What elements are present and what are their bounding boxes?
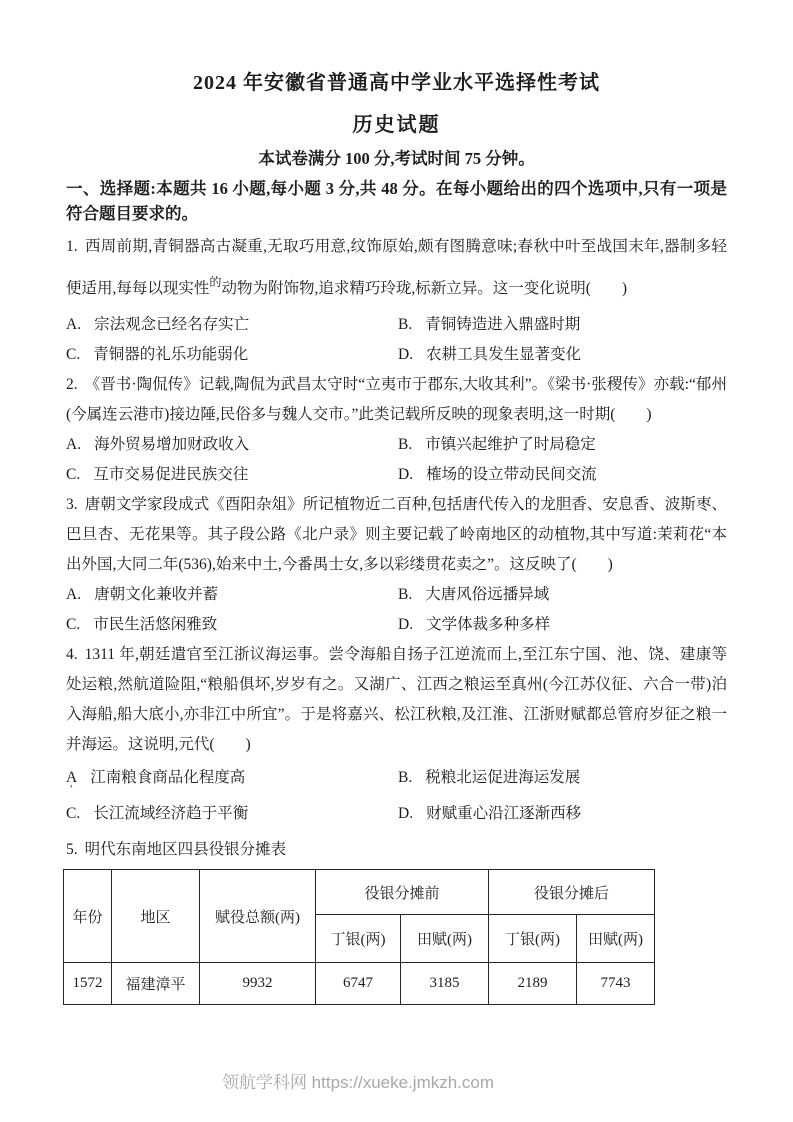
table-header-ding-before: 丁银(两) bbox=[316, 915, 401, 963]
page-title: 2024 年安徽省普通高中学业水平选择性考试 bbox=[66, 70, 727, 96]
question-3-stem-text: 唐朝文学家段成式《酉阳杂俎》所记植物近二百种,包括唐代传入的龙胆香、安息香、波斯… bbox=[66, 496, 727, 573]
option-3c: C.市民生活悠闲雅致 bbox=[66, 610, 398, 640]
table-cell-region: 福建漳平 bbox=[112, 963, 200, 1005]
question-4-stem: 4.1311 年,朝廷遣官至江浙议海运事。尝令海船自扬子江逆流而上,至江东宁国、… bbox=[66, 640, 727, 760]
option-2c-text: 互市交易促进民族交往 bbox=[93, 466, 248, 483]
question-3: 3.唐朝文学家段成式《酉阳杂俎》所记植物近二百种,包括唐代传入的龙胆香、安息香、… bbox=[66, 490, 727, 640]
question-3-options: A.唐朝文化兼收并蓄 B.大唐风俗远播异域 C.市民生活悠闲雅致 D.文学体裁多… bbox=[66, 580, 727, 640]
option-4a: A,江南粮食商品化程度高 bbox=[66, 760, 398, 796]
option-3c-label: C. bbox=[66, 616, 80, 633]
option-4b-label: B. bbox=[398, 769, 412, 786]
option-1c: C.青铜器的礼乐功能弱化 bbox=[66, 340, 398, 370]
question-1-stem-text-cont: 动物为附饰物,追求精巧玲珑,标新立异。这一变化说明( ) bbox=[221, 280, 627, 297]
question-1-options: A.宗法观念已经名存实亡 B.青铜铸造进入鼎盛时期 C.青铜器的礼乐功能弱化 D… bbox=[66, 310, 727, 370]
stray-print-mark: , bbox=[70, 777, 73, 789]
option-2b: B.市镇兴起维护了时局稳定 bbox=[398, 430, 727, 460]
option-3b-text: 大唐风俗远播异域 bbox=[425, 586, 549, 603]
option-4c-label: C. bbox=[66, 805, 80, 822]
option-2c: C.互市交易促进民族交往 bbox=[66, 460, 398, 490]
option-1c-label: C. bbox=[66, 346, 80, 363]
option-1d-text: 农耕工具发生显著变化 bbox=[426, 346, 581, 363]
table-header-after-group: 役银分摊后 bbox=[489, 870, 655, 915]
question-3-number: 3. bbox=[66, 496, 78, 513]
section-heading: 一、选择题:本题共 16 小题,每小题 3 分,共 48 分。在每小题给出的四个… bbox=[66, 176, 727, 226]
question-2: 2.《晋书·陶侃传》记载,陶侃为武昌太守时“立夷市于郡东,大收其利”。《梁书·张… bbox=[66, 370, 727, 490]
option-4d: D.财赋重心沿江逐渐西移 bbox=[398, 796, 727, 832]
option-3b-label: B. bbox=[398, 586, 412, 603]
table-header-before-group: 役银分摊前 bbox=[316, 870, 489, 915]
option-3d-text: 文学体裁多种多样 bbox=[426, 616, 550, 633]
question-5-number: 5. bbox=[66, 841, 78, 858]
watermark: 领航学科网 https://xueke.jmkzh.com bbox=[0, 1068, 716, 1093]
table-header-year: 年份 bbox=[64, 870, 112, 963]
option-4b: B.税粮北运促进海运发展 bbox=[398, 760, 727, 796]
option-4d-text: 财赋重心沿江逐渐西移 bbox=[426, 805, 581, 822]
table-cell-tian-after: 7743 bbox=[577, 963, 655, 1005]
question-2-stem: 2.《晋书·陶侃传》记载,陶侃为武昌太守时“立夷市于郡东,大收其利”。《梁书·张… bbox=[66, 370, 727, 430]
option-1a: A.宗法观念已经名存实亡 bbox=[66, 310, 398, 340]
option-3a-label: A. bbox=[66, 586, 81, 603]
table-cell-ding-before: 6747 bbox=[316, 963, 401, 1005]
table-header-tian-before: 田赋(两) bbox=[401, 915, 489, 963]
option-3d-label: D. bbox=[398, 616, 413, 633]
option-1c-text: 青铜器的礼乐功能弱化 bbox=[93, 346, 248, 363]
option-4c: C.长江流域经济趋于平衡 bbox=[66, 796, 398, 832]
table-cell-total: 9932 bbox=[200, 963, 316, 1005]
option-1b: B.青铜铸造进入鼎盛时期 bbox=[398, 310, 727, 340]
option-4c-text: 长江流域经济趋于平衡 bbox=[93, 805, 248, 822]
option-2a-label: A. bbox=[66, 436, 81, 453]
table-cell-tian-before: 3185 bbox=[401, 963, 489, 1005]
question-1-number: 1. bbox=[66, 238, 78, 255]
option-2b-label: B. bbox=[398, 436, 412, 453]
question-5: 5.明代东南地区四县役银分摊表 年份 地区 赋役总额(两) 役银分摊前 役银分摊… bbox=[66, 834, 727, 1005]
question-4-options: A,江南粮食商品化程度高 B.税粮北运促进海运发展 C.长江流域经济趋于平衡 D… bbox=[66, 760, 727, 832]
option-4d-label: D. bbox=[398, 805, 413, 822]
table-header-tian-after: 田赋(两) bbox=[577, 915, 655, 963]
option-1b-label: B. bbox=[398, 316, 412, 333]
option-2d-label: D. bbox=[398, 466, 413, 483]
question-2-options: A.海外贸易增加财政收入 B.市镇兴起维护了时局稳定 C.互市交易促进民族交往 … bbox=[66, 430, 727, 490]
exam-info-line: 本试卷满分 100 分,考试时间 75 分钟。 bbox=[66, 148, 727, 170]
option-2a-text: 海外贸易增加财政收入 bbox=[94, 436, 249, 453]
question-1: 1.西周前期,青铜器高古凝重,无取巧用意,纹饰原始,颇有图腾意味;春秋中叶至战国… bbox=[66, 226, 727, 370]
option-1b-text: 青铜铸造进入鼎盛时期 bbox=[425, 316, 580, 333]
question-2-stem-text: 《晋书·陶侃传》记载,陶侃为武昌太守时“立夷市于郡东,大收其利”。《梁书·张稷传… bbox=[66, 376, 727, 423]
option-1a-label: A. bbox=[66, 316, 81, 333]
question-2-number: 2. bbox=[66, 376, 78, 393]
option-2d: D.榷场的设立带动民间交流 bbox=[398, 460, 727, 490]
role-silver-apportion-table: 年份 地区 赋役总额(两) 役银分摊前 役银分摊后 丁银(两) 田赋(两) 丁银… bbox=[63, 869, 655, 1005]
table-cell-year: 1572 bbox=[64, 963, 112, 1005]
question-4-stem-text: 1311 年,朝廷遣官至江浙议海运事。尝令海船自扬子江逆流而上,至江东宁国、池、… bbox=[66, 646, 727, 753]
table-header-ding-after: 丁银(两) bbox=[489, 915, 577, 963]
option-3c-text: 市民生活悠闲雅致 bbox=[93, 616, 217, 633]
table-header-region: 地区 bbox=[112, 870, 200, 963]
question-5-caption: 5.明代东南地区四县役银分摊表 bbox=[66, 834, 727, 866]
option-2d-text: 榷场的设立带动民间交流 bbox=[426, 466, 597, 483]
option-3d: D.文学体裁多种多样 bbox=[398, 610, 727, 640]
option-4b-text: 税粮北运促进海运发展 bbox=[425, 769, 580, 786]
option-4a-text: 江南粮食商品化程度高 bbox=[90, 769, 245, 786]
exam-page: 2024 年安徽省普通高中学业水平选择性考试 历史试题 本试卷满分 100 分,… bbox=[0, 0, 793, 1005]
table-row: 1572 福建漳平 9932 6747 3185 2189 7743 bbox=[64, 963, 655, 1005]
table-cell-ding-after: 2189 bbox=[489, 963, 577, 1005]
option-3a: A.唐朝文化兼收并蓄 bbox=[66, 580, 398, 610]
question-4: 4.1311 年,朝廷遣官至江浙议海运事。尝令海船自扬子江逆流而上,至江东宁国、… bbox=[66, 640, 727, 832]
question-3-stem: 3.唐朝文学家段成式《酉阳杂俎》所记植物近二百种,包括唐代传入的龙胆香、安息香、… bbox=[66, 490, 727, 580]
option-2a: A.海外贸易增加财政收入 bbox=[66, 430, 398, 460]
subject-title: 历史试题 bbox=[66, 112, 727, 138]
question-1-superscript: 的 bbox=[209, 275, 221, 289]
question-5-caption-text: 明代东南地区四县役银分摊表 bbox=[85, 841, 287, 858]
question-1-stem: 1.西周前期,青铜器高古凝重,无取巧用意,纹饰原始,颇有图腾意味;春秋中叶至战国… bbox=[66, 226, 727, 310]
option-3b: B.大唐风俗远播异域 bbox=[398, 580, 727, 610]
option-1d: D.农耕工具发生显著变化 bbox=[398, 340, 727, 370]
option-1a-text: 宗法观念已经名存实亡 bbox=[94, 316, 249, 333]
question-4-number: 4. bbox=[66, 646, 78, 663]
option-2c-label: C. bbox=[66, 466, 80, 483]
table-header-total: 赋役总额(两) bbox=[200, 870, 316, 963]
option-2b-text: 市镇兴起维护了时局稳定 bbox=[425, 436, 596, 453]
option-1d-label: D. bbox=[398, 346, 413, 363]
option-3a-text: 唐朝文化兼收并蓄 bbox=[94, 586, 218, 603]
